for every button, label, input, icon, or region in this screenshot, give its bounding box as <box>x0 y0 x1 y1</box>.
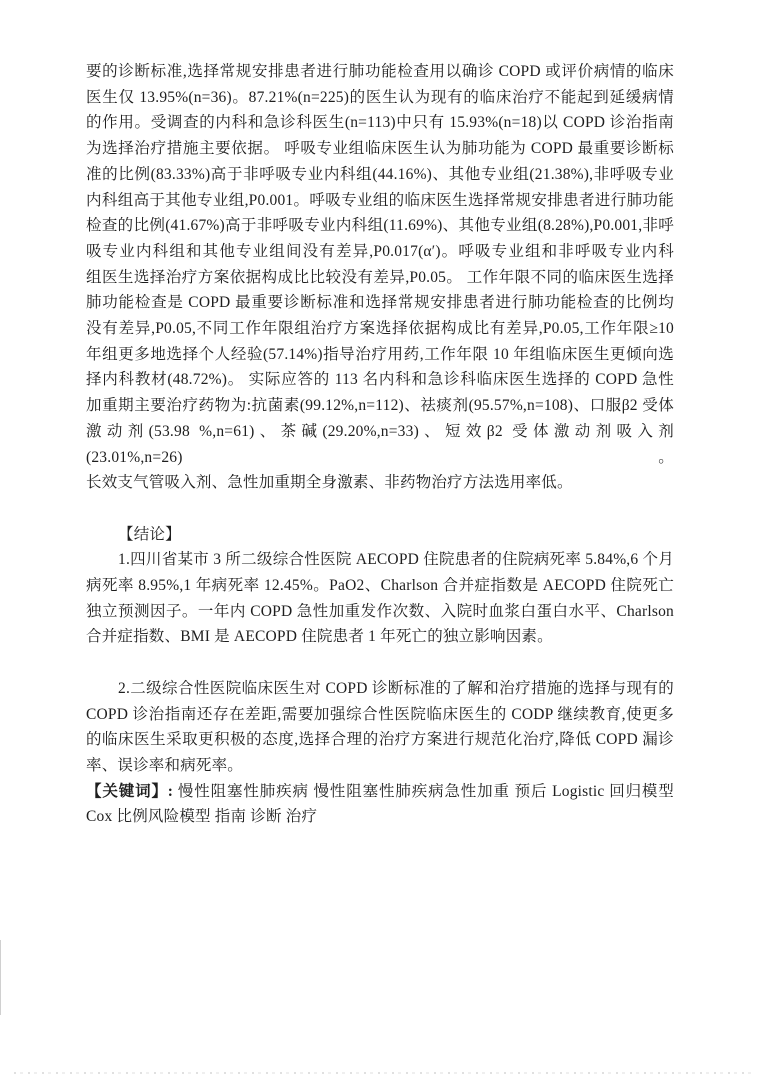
text-line: Cox 比例风险模型 指南 诊断 治疗 <box>86 804 674 830</box>
text-line: 1.四川省某市 3 所二级综合性医院 AECOPD 住院患者的住院病死率 5.8… <box>86 547 674 573</box>
scan-edge-artifact <box>14 1072 754 1074</box>
keywords-label: 【关键词】: <box>86 783 173 800</box>
scan-edge-artifact <box>0 940 1 1015</box>
text-line: 为选择治疗措施主要依据。 呼吸专业组临床医生认为肺功能为 COPD 最重要诊断标 <box>86 136 674 162</box>
text-line: 长效支气管吸入剂、急性加重期全身激素、非药物治疗方法选用率低。 <box>86 470 674 496</box>
text-line: 医生仅 13.95%(n=36)。87.21%(n=225)的医生认为现有的临床… <box>86 85 674 111</box>
text-line: 检查的比例(41.67%)高于非呼吸专业内科组(11.69%)、其他专业组(8.… <box>86 213 674 239</box>
text-line: 年组更多地选择个人经验(57.14%)指导治疗用药,工作年限 10 年组临床医生… <box>86 342 674 368</box>
text-line: 内科组高于其他专业组,P0.001。呼吸专业组的临床医生选择常规安排患者进行肺功… <box>86 188 674 214</box>
text-line: 加重期主要治疗药物为:抗菌素(99.12%,n=112)、祛痰剂(95.57%,… <box>86 393 674 419</box>
blank-line <box>86 650 674 676</box>
text-line: 合并症指数、BMI 是 AECOPD 住院患者 1 年死亡的独立影响因素。 <box>86 624 674 650</box>
text-line: 肺功能检查是 COPD 最重要诊断标准和选择常规安排患者进行肺功能检查的比例均 <box>86 290 674 316</box>
keywords-text: 慢性阻塞性肺疾病 慢性阻塞性肺疾病急性加重 预后 Logistic 回归模型 <box>178 783 674 800</box>
text-line: 没有差异,P0.05,不同工作年限组治疗方案选择依据构成比有差异,P0.05,工… <box>86 316 674 342</box>
text-line: 的临床医生采取更积极的态度,选择合理的治疗方案进行规范化治疗,降低 COPD 漏… <box>86 727 674 753</box>
text-line: 准的比例(83.33%)高于非呼吸专业内科组(44.16%)、其他专业组(21.… <box>86 162 674 188</box>
text-line: 吸专业内科组和其他专业组间没有差异,P0.017(α′)。呼吸专业组和非呼吸专业… <box>86 239 674 265</box>
text-line: 病死率 8.95%,1 年病死率 12.45%。PaO2、Charlson 合并… <box>86 573 674 599</box>
text-line: 的作用。受调查的内科和急诊科医生(n=113)中只有 15.93%(n=18)以… <box>86 110 674 136</box>
conclusion-heading: 【结论】 <box>86 522 674 548</box>
text-line: 激动剂(53.98 %,n=61)、茶碱(29.20%,n=33)、短效β2 受… <box>86 419 674 470</box>
text-line: 要的诊断标准,选择常规安排患者进行肺功能检查用以确诊 COPD 或评价病情的临床 <box>86 59 674 85</box>
text-line: COPD 诊治指南还存在差距,需要加强综合性医院临床医生的 CODP 继续教育,… <box>86 702 674 728</box>
keywords-line: 【关键词】: 慢性阻塞性肺疾病 慢性阻塞性肺疾病急性加重 预后 Logistic… <box>86 779 674 805</box>
text-line: 择内科教材(48.72%)。 实际应答的 113 名内科和急诊科临床医生选择的 … <box>86 367 674 393</box>
text-line: 2.二级综合性医院临床医生对 COPD 诊断标准的了解和治疗措施的选择与现有的 <box>86 676 674 702</box>
text-line: 独立预测因子。一年内 COPD 急性加重发作次数、入院时血浆白蛋白水平、Char… <box>86 599 674 625</box>
abstract-text-block: 要的诊断标准,选择常规安排患者进行肺功能检查用以确诊 COPD 或评价病情的临床… <box>86 59 674 830</box>
blank-line <box>86 496 674 522</box>
text-line: 率、误诊率和病死率。 <box>86 753 674 779</box>
document-page: 要的诊断标准,选择常规安排患者进行肺功能检查用以确诊 COPD 或评价病情的临床… <box>0 0 760 1075</box>
text-line: 组医生选择治疗方案依据构成比比较没有差异,P0.05。 工作年限不同的临床医生选… <box>86 265 674 291</box>
